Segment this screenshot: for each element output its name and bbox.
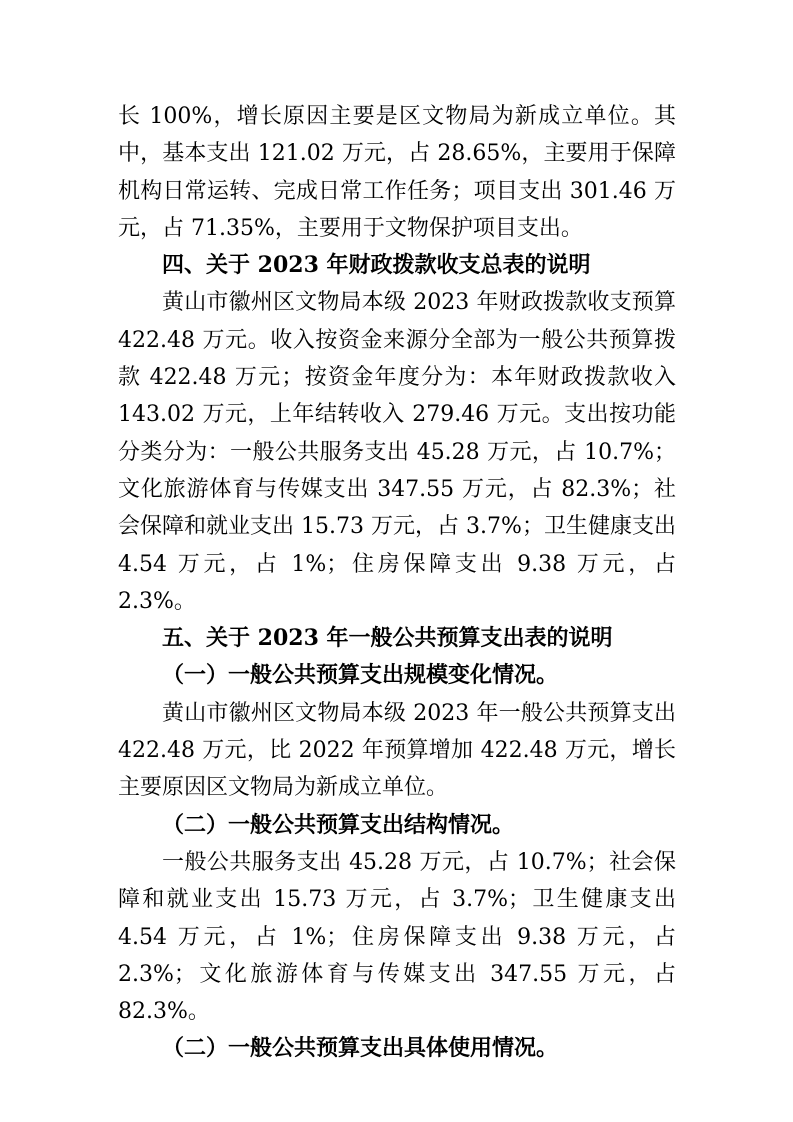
subheading-1-expenditure-scale-change: （一）一般公共预算支出规模变化情况。	[118, 657, 676, 694]
heading-section-5-general-public-budget: 五、关于 2023 年一般公共预算支出表的说明	[118, 620, 676, 657]
paragraph-expenditure-structure-details: 一般公共服务支出 45.28 万元，占 10.7%；社会保障和就业支出 15.7…	[118, 844, 676, 1030]
document-text-block: 长 100%，增长原因主要是区文物局为新成立单位。其中，基本支出 121.02 …	[118, 98, 676, 1068]
paragraph-continuation-growth-expenditure: 长 100%，增长原因主要是区文物局为新成立单位。其中，基本支出 121.02 …	[118, 98, 676, 247]
subheading-2-expenditure-specific-usage: （二）一般公共预算支出具体使用情况。	[118, 1030, 676, 1067]
paragraph-expenditure-scale-change-details: 黄山市徽州区文物局本级 2023 年一般公共预算支出 422.48 万元，比 2…	[118, 695, 676, 807]
document-page: 长 100%，增长原因主要是区文物局为新成立单位。其中，基本支出 121.02 …	[0, 0, 793, 1122]
paragraph-section-4-fiscal-appropriation-details: 黄山市徽州区文物局本级 2023 年财政拨款收支预算 422.48 万元。收入按…	[118, 284, 676, 620]
subheading-2-expenditure-structure: （二）一般公共预算支出结构情况。	[118, 807, 676, 844]
heading-section-4-fiscal-appropriation-summary: 四、关于 2023 年财政拨款收支总表的说明	[118, 247, 676, 284]
